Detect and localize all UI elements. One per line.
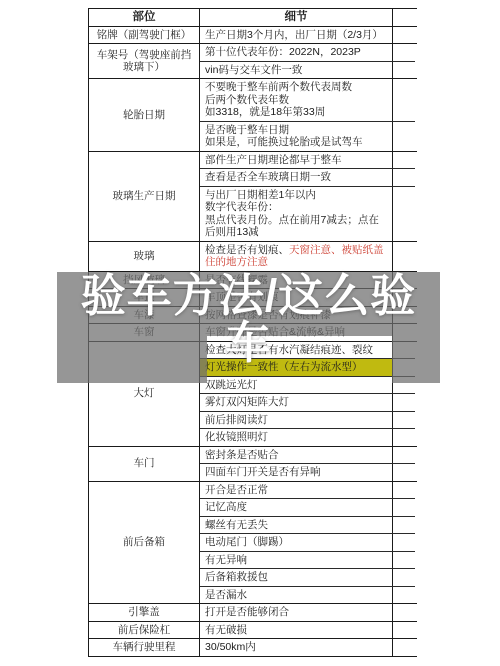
detail-cell: 与出厂日期相差1年以内数字代表年份：黑点代表月份。点在前用7减去；点在后则用13… [200,187,393,241]
table-section: 轮胎日期不要晚于整车前两个数代表周数后两个数代表年数如3318，就是18年第33… [88,79,417,152]
part-label: 前后保险杠 [88,622,200,639]
detail-cell: 打开是否能够闭合 [200,604,393,621]
detail-cell: 雾灯双闪矩阵大灯 [200,394,393,411]
table-section: 玻璃检查是否有划痕、天窗注意、被贴纸盖住的地方注意 [88,242,417,272]
detail-text: 30/50km内 [205,641,387,654]
detail-cell: 化妆镜照明灯 [200,429,393,446]
check-cell [393,534,415,551]
detail-row: 是否晚于整车日期如果是，可能换过轮胎或是试驾车 [200,122,415,151]
detail-text: 螺丝有无丢失 [205,519,387,532]
detail-row: 查看是否全车玻璃日期一致 [200,169,415,187]
check-cell [393,499,415,516]
check-cell [393,27,415,44]
detail-cell: 检查是否有划痕、天窗注意、被贴纸盖住的地方注意 [200,242,393,271]
part-label: 铭牌（副驾驶门框） [88,27,200,44]
detail-cell: 第十位代表年份：2022N，2023P [200,44,393,61]
detail-row: vin码与交车文件一致 [200,62,415,79]
detail-row: 30/50km内 [200,639,415,656]
detail-text: 记忆高度 [205,501,387,514]
table-section: 前后保险杠有无破损 [88,622,417,640]
detail-row: 检查是否有划痕、天窗注意、被贴纸盖住的地方注意 [200,242,415,271]
part-label: 玻璃 [88,242,200,271]
detail-text: 雾灯双闪矩阵大灯 [205,396,387,409]
table-header-row: 部位 细节 [88,9,417,27]
detail-cell: 密封条是否贴合 [200,447,393,464]
detail-text: 部件生产日期理论都早于整车 [205,154,387,167]
detail-cell: 前后排阅读灯 [200,412,393,429]
detail-cell: 是否晚于整车日期如果是，可能换过轮胎或是试驾车 [200,122,393,151]
detail-text: 黑点代表月份。点在前用7减去；点在后则用13减 [205,214,387,239]
check-cell [393,62,415,79]
check-cell [393,169,415,186]
part-label: 轮胎日期 [88,79,200,151]
part-label: 车辆行驶里程 [88,639,200,656]
detail-text: 密封条是否贴合 [205,449,387,462]
check-cell [393,622,415,639]
detail-cell: vin码与交车文件一致 [200,62,393,79]
detail-row: 四面车门开关是否有异响 [200,464,415,481]
table-section: 车架号（驾驶座前挡玻璃下）第十位代表年份：2022N，2023Pvin码与交车文… [88,44,417,79]
detail-cell: 后备箱救援包 [200,569,393,586]
detail-text: 检查是否有划痕、 [205,244,289,256]
detail-text: 四面车门开关是否有异响 [205,466,387,479]
detail-cell: 双跳远光灯 [200,377,393,394]
detail-cell: 有无异响 [200,552,393,569]
detail-cell: 部件生产日期理论都早于整车 [200,152,393,169]
detail-cell: 查看是否全车玻璃日期一致 [200,169,393,186]
part-label: 前后备箱 [88,482,200,604]
detail-row: 化妆镜照明灯 [200,429,415,446]
detail-row: 不要晚于整车前两个数代表周数后两个数代表年数如3318，就是18年第33周 [200,79,415,122]
check-cell [393,587,415,604]
detail-cell: 开合是否正常 [200,482,393,499]
detail-row: 前后排阅读灯 [200,412,415,430]
check-cell [393,464,415,481]
check-cell [393,447,415,464]
page: 部位 细节 铭牌（副驾驶门框）生产日期3个月内，出厂日期（2/3月）车架号（驾驶… [0,0,500,666]
detail-cell: 记忆高度 [200,499,393,516]
detail-row: 有无破损 [200,622,415,639]
check-cell [393,569,415,586]
detail-text: 打开是否能够闭合 [205,606,387,619]
header-check-column [393,9,415,26]
watermark-text: 验车方法/这么验 车 [57,272,440,366]
detail-text: 查看是否全车玻璃日期一致 [205,171,387,184]
detail-text: 不要晚于整车前两个数代表周数 [205,81,387,94]
header-detail-column: 细节 [200,9,393,26]
check-cell [393,122,415,151]
detail-row: 开合是否正常 [200,482,415,500]
check-cell [393,429,415,446]
part-label: 玻璃生产日期 [88,152,200,241]
detail-cell: 螺丝有无丢失 [200,517,393,534]
detail-row: 生产日期3个月内，出厂日期（2/3月） [200,27,415,44]
check-cell [393,517,415,534]
detail-text: 第十位代表年份：2022N，2023P [205,46,387,59]
part-label: 引擎盖 [88,604,200,621]
part-label: 车门 [88,447,200,481]
detail-text: 生产日期3个月内，出厂日期（2/3月） [205,29,387,42]
detail-text: 如果是，可能换过轮胎或是试驾车 [205,136,387,149]
detail-text: 是否漏水 [205,589,387,602]
check-cell [393,482,415,499]
table-section: 玻璃生产日期部件生产日期理论都早于整车查看是否全车玻璃日期一致与出厂日期相差1年… [88,152,417,242]
detail-text: 如3318，就是18年第33周 [205,106,387,119]
detail-text: vin码与交车文件一致 [205,64,387,77]
detail-row: 有无异响 [200,552,415,570]
check-cell [393,639,415,656]
detail-text: 后备箱救援包 [205,571,387,584]
detail-row: 雾灯双闪矩阵大灯 [200,394,415,412]
detail-cell: 四面车门开关是否有异响 [200,464,393,481]
detail-text: 后两个数代表年数 [205,94,387,107]
detail-text: 开合是否正常 [205,484,387,497]
table-section: 前后备箱开合是否正常记忆高度螺丝有无丢失电动尾门（脚踢）有无异响后备箱救援包是否… [88,482,417,605]
check-cell [393,152,415,169]
detail-text: 有无异响 [205,554,387,567]
watermark-line-2: 车 [57,319,440,366]
detail-row: 双跳远光灯 [200,377,415,395]
header-part-column: 部位 [88,9,200,26]
detail-text: 前后排阅读灯 [205,414,387,427]
detail-row: 与出厂日期相差1年以内数字代表年份：黑点代表月份。点在前用7减去；点在后则用13… [200,187,415,241]
check-cell [393,394,415,411]
detail-row: 密封条是否贴合 [200,447,415,465]
detail-cell: 有无破损 [200,622,393,639]
check-cell [393,552,415,569]
detail-row: 记忆高度 [200,499,415,517]
table-section: 铭牌（副驾驶门框）生产日期3个月内，出厂日期（2/3月） [88,27,417,45]
detail-text: 数字代表年份： [205,201,387,214]
check-cell [393,44,415,61]
check-cell [393,79,415,121]
detail-text: 电动尾门（脚踢） [205,536,387,549]
part-label: 车架号（驾驶座前挡玻璃下） [88,44,200,78]
detail-text: 双跳远光灯 [205,379,387,392]
detail-row: 后备箱救援包 [200,569,415,587]
check-cell [393,242,415,271]
detail-row: 部件生产日期理论都早于整车 [200,152,415,170]
detail-text: 化妆镜照明灯 [205,431,387,444]
table-section: 引擎盖打开是否能够闭合 [88,604,417,622]
check-cell [393,187,415,241]
detail-cell: 是否漏水 [200,587,393,604]
detail-row: 是否漏水 [200,587,415,604]
check-cell [393,604,415,621]
detail-cell: 30/50km内 [200,639,393,656]
detail-cell: 电动尾门（脚踢） [200,534,393,551]
detail-text: 有无破损 [205,624,387,637]
table-section: 车辆行驶里程30/50km内 [88,639,417,657]
watermark-line-1: 验车方法/这么验 [57,272,440,319]
detail-text: 与出厂日期相差1年以内 [205,189,387,202]
check-cell [393,412,415,429]
detail-cell: 不要晚于整车前两个数代表周数后两个数代表年数如3318，就是18年第33周 [200,79,393,121]
table-section: 车门密封条是否贴合四面车门开关是否有异响 [88,447,417,482]
detail-text: 是否晚于整车日期 [205,124,387,137]
detail-row: 电动尾门（脚踢） [200,534,415,552]
detail-row: 螺丝有无丢失 [200,517,415,535]
detail-row: 打开是否能够闭合 [200,604,415,621]
detail-row: 第十位代表年份：2022N，2023P [200,44,415,62]
detail-cell: 生产日期3个月内，出厂日期（2/3月） [200,27,393,44]
